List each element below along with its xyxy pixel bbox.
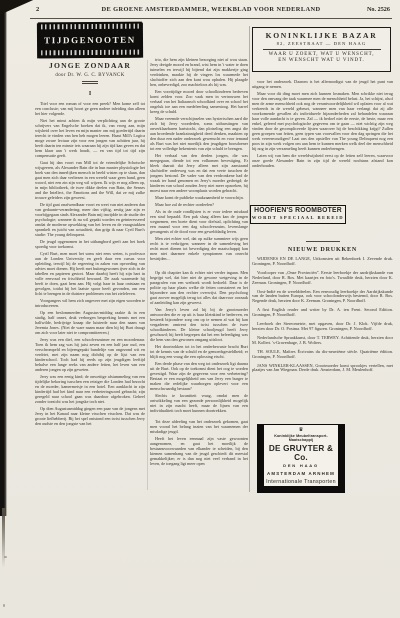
section-divider (306, 241, 340, 242)
crown-icon: ♛ (264, 427, 338, 433)
article-header: JONGE ZONDAAR door Dr. W. G. C. BYVANCK … (35, 61, 145, 97)
article-paragraph: Voorgangers wil hem zich ongeveer met zi… (35, 298, 145, 308)
article-paragraph: Titel voor een roman of voor een preek? … (35, 101, 145, 116)
nieuwe-drukken-list: WIJDENES EN DE LANGE, Uitkomsten uit Rek… (252, 257, 393, 421)
hoofien-ad-subtitle: WORDT SPECIAAL BEREID (251, 215, 345, 220)
gruyter-tagline: Internationale Transporten (264, 479, 338, 485)
article-column-2: trio, die hem zijn kleinen bezorging nie… (150, 57, 248, 492)
scan-speck (4, 556, 7, 558)
bazar-ad-divider (263, 49, 381, 50)
bazar-ad-slogan-2: EN WENSCHT WAT U VINDT. (253, 58, 390, 63)
banner-ornament-top (41, 24, 139, 30)
book-listing: A first English reader and writer by Dr.… (252, 308, 393, 318)
article-paragraph: Jerry was een eenig kind; de onwettige a… (35, 374, 145, 404)
column-rule (147, 60, 148, 490)
bazar-ad-slogan-1: WAAR U ZOEKT, WAT U WENSCHT, (253, 52, 390, 57)
scan-edge-artifact (0, 0, 7, 516)
article-column-1: Titel voor een roman of voor een preek? … (35, 101, 145, 492)
article-paragraph: Tot deze afdeeling van het onderzoek gek… (150, 419, 248, 434)
article-byline: door Dr. W. G. C. BYVANCK (35, 73, 145, 78)
ad-koninklijke-bazar: KONINKLIJKE BAZAR 82, ZEESTRAAT — DEN HA… (252, 27, 391, 72)
header-rule (30, 18, 392, 19)
bazar-ad-address: 82, ZEESTRAAT — DEN HAAG (253, 41, 390, 46)
article-paragraph: Laten wij van hem die wereldwijsheid eer… (252, 153, 393, 168)
article-paragraph: De jeugd opgenomen in het uithangbord ge… (35, 239, 145, 249)
newspaper-page: 2 DE GROENE AMSTERDAMMER, WEEKBLAD VOOR … (0, 0, 400, 618)
column-rule (249, 26, 250, 492)
book-listing: JANS WINKLER-KLAASSEN, Grootmoeder komt … (252, 364, 393, 374)
column2-part3: Tot deze afdeeling van het onderzoek gek… (150, 419, 248, 466)
ad-de-gruyter: ♛ Koninklijke Meubeltransport-Maatschapp… (257, 424, 345, 493)
gruyter-branch-left: AMSTERDAM (267, 471, 306, 476)
bazar-ad-title: KONINKLIJKE BAZAR (253, 31, 390, 40)
column2-part2: Op dit chapiter kan ik echter niet verde… (150, 270, 248, 413)
article-paragraph: Op dit chapiter kan ik echter niet verde… (150, 270, 248, 305)
article-paragraph: Als in de oude rondlijsten is er voor ie… (150, 209, 248, 234)
article-paragraph: Op een beslommerden Augustus-middag raak… (35, 310, 145, 335)
article-paragraph: Maar vreemde verschijnselen van hysteris… (150, 116, 248, 151)
gruyter-company-line: Koninklijke Meubeltransport-Maatschappij (264, 434, 338, 442)
gruyter-name: DE GRUYTER & Co. (264, 444, 338, 462)
article-paragraph: Maar voor dit ding moet men zich kunnen … (252, 91, 393, 151)
gruyter-branches: AMSTERDAM ARNHEM (264, 471, 338, 476)
article-paragraph: Op dien Augustusmiddag gingen een paar v… (35, 406, 145, 426)
article-title: JONGE ZONDAAR (35, 61, 145, 70)
book-listing: Oost-Indië en de werelddeelen. Een eenvo… (252, 290, 393, 305)
book-listing: Nederlandsche Spraakkunst, door T. TERWE… (252, 336, 393, 346)
gruyter-branch-right: ARNHEM (309, 471, 335, 476)
section-banner: TIJDGENOOTEN (38, 22, 142, 58)
section-break (150, 263, 248, 270)
article-paragraph: Het verhaal van den derden jongen, die w… (150, 153, 248, 193)
nieuwe-drukken-heading: NIEUWE DRUKKEN (252, 247, 393, 253)
scan-speck (3, 604, 5, 607)
article-paragraph: Heeft het leven eenmaal zijn vaste gewoo… (150, 436, 248, 466)
book-listing: Voorlooper van „Onze Provinciën”. Eerste… (252, 271, 393, 286)
section-banner-title: TIJDGENOOTEN (41, 34, 139, 45)
masthead-title: DE GROENE AMSTERDAMMER, WEEKBLAD VOOR NE… (30, 6, 392, 13)
article-paragraph: Gaat hij dan voort van Mill tot de vrien… (35, 160, 145, 200)
article-paragraph: Cyril Burt, men moet het soms niet eens … (35, 251, 145, 296)
article-paragraph: trio, die hem zijn kleinen bezorging nie… (150, 57, 248, 87)
book-listing: TH. SOULE, Maîtres Écrivains du dix-neuv… (252, 350, 393, 360)
issue-number: No. 2526 (367, 6, 390, 13)
column2-part1: trio, die hem zijn kleinen bezorging nie… (150, 57, 248, 261)
section-numeral: I (35, 91, 145, 97)
article-paragraph: Maar hoe zal de rechter oordeelen? (150, 202, 248, 207)
article-paragraph: Niet het minst achten ik mijn verplichti… (35, 118, 145, 158)
article-paragraph: Maar komt de publieke waakzaamheid te vo… (150, 195, 248, 200)
article-paragraph: Men ziet echter wel, dat op zulke summie… (150, 236, 248, 261)
banner-ornament-bottom (41, 50, 139, 56)
article-paragraph: voor het onderzoek. Daarom is het allern… (252, 79, 393, 89)
book-listing: WIJDENES EN DE LANGE, Uitkomsten uit Rek… (252, 257, 393, 267)
scan-edge-artifact-lower (2, 508, 5, 568)
byline-divider (82, 81, 98, 84)
gruyter-city: DEN HAAG (264, 463, 338, 468)
article-column-3: voor het onderzoek. Daarom is het allern… (252, 79, 393, 204)
article-paragraph: Jerry was een dief, een schoolverzuimer … (35, 337, 145, 372)
article-paragraph: Het doortrokken tot in het onderbewuste … (150, 344, 248, 359)
book-listing: Leerboek der Stereometrie, met opgaven, … (252, 322, 393, 332)
article-paragraph: Van Jerry's leven zal hij bij de grootmo… (150, 307, 248, 342)
article-paragraph: De tijd gaat onafwendbaar voort en weet … (35, 202, 145, 237)
ad-hoofien-roomboter: HOOFIEN'S ROOMBOTER WORDT SPECIAAL BEREI… (250, 205, 346, 224)
page-header: 2 DE GROENE AMSTERDAMMER, WEEKBLAD VOOR … (30, 6, 392, 17)
article-paragraph: Een derde phase van den weg tot onderzoe… (150, 361, 248, 391)
hoofien-ad-title: HOOFIEN'S ROOMBOTER (251, 207, 345, 214)
article-paragraph: Slechts te kwantiteit vraag, omdat men d… (150, 393, 248, 413)
article-paragraph: Een voortijdige moord door schoolkindere… (150, 89, 248, 114)
